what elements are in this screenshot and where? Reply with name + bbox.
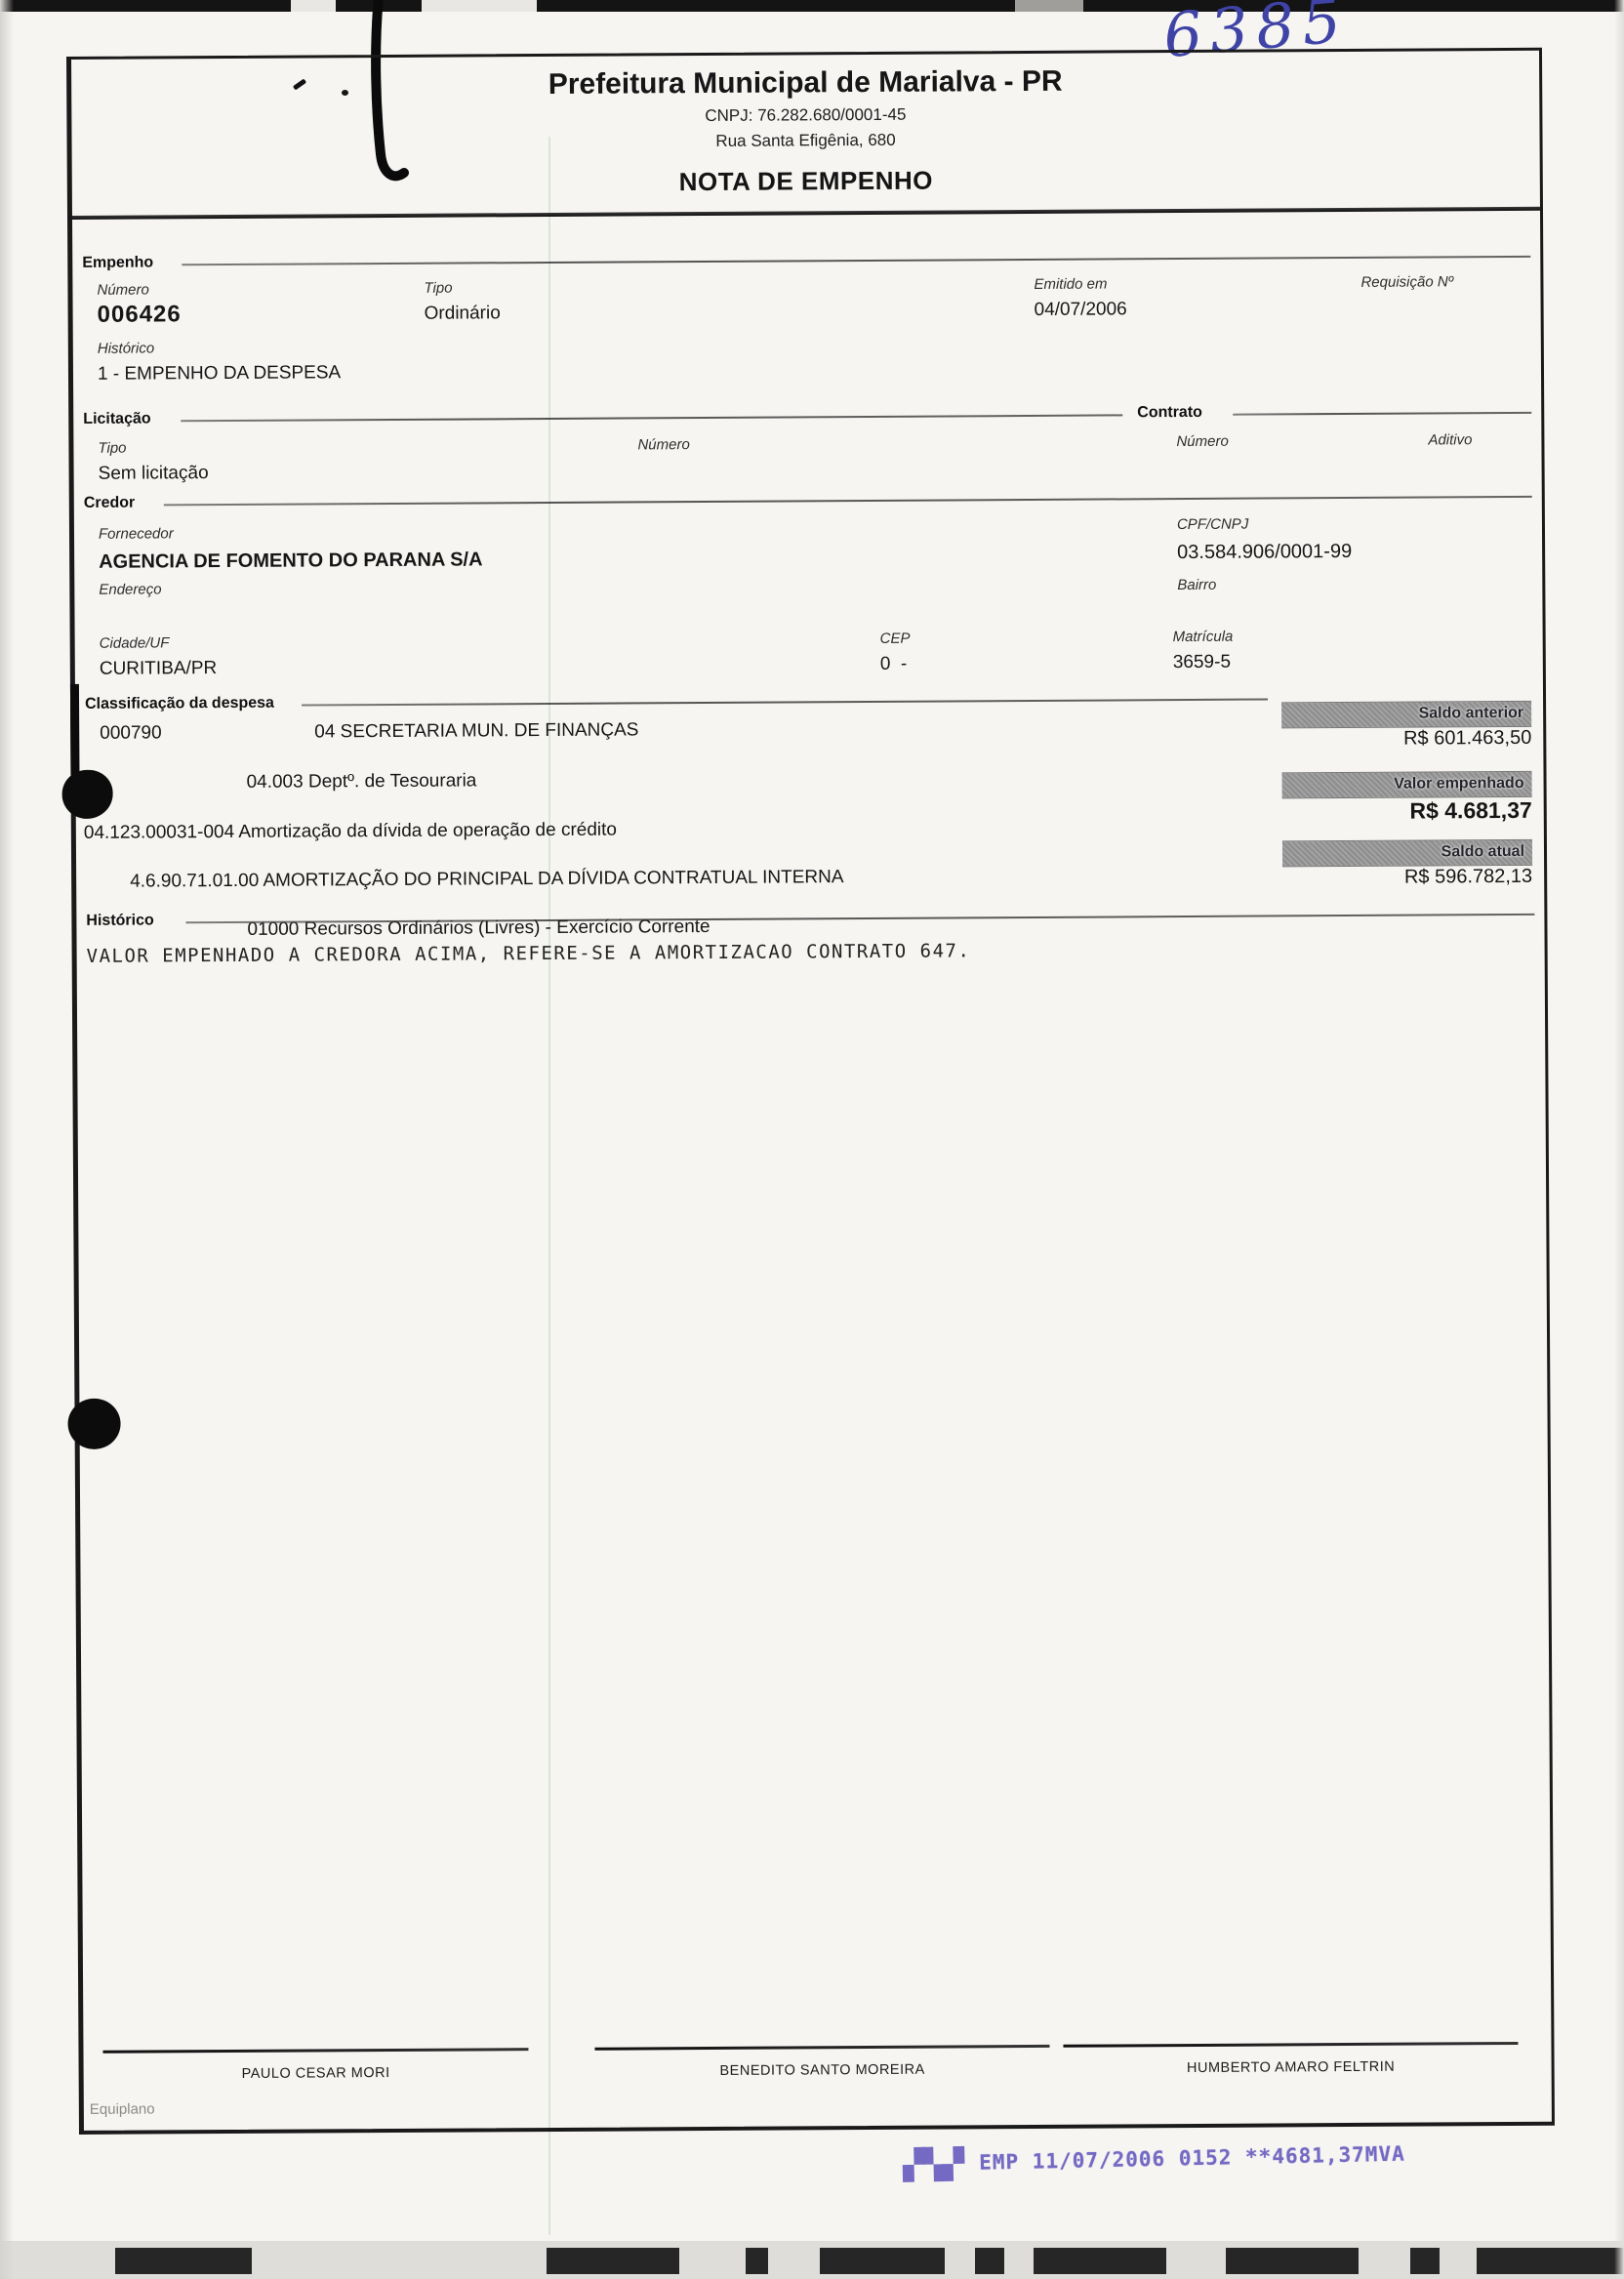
scan-artifact	[1477, 2248, 1624, 2274]
org-cnpj: CNPJ: 76.282.680/0001-45	[71, 102, 1539, 130]
section-line	[302, 698, 1268, 706]
empenho-numero: 006426	[98, 301, 182, 329]
scan-artifact	[115, 2248, 252, 2274]
scanned-nota-de-empenho: 6385 Prefeitura Municipal de Marialva - …	[0, 0, 1624, 2279]
stamp-text: EMP 11/07/2006 0152 **4681,37MVA	[979, 2138, 1405, 2175]
historico-text: VALOR EMPENHADO A CREDORA ACIMA, REFERE-…	[87, 940, 971, 967]
signature-name: PAULO CESAR MORI	[103, 2064, 529, 2083]
cidade-label: Cidade/UF	[100, 634, 170, 651]
scan-artifact	[746, 2248, 768, 2274]
saldo-atual-label: Saldo atual	[1282, 839, 1532, 868]
org-title: Prefeitura Municipal de Marialva - PR	[71, 62, 1539, 104]
numero-label: Número	[97, 281, 148, 298]
empenho-historico: 1 - EMPENHO DA DESPESA	[98, 362, 341, 386]
signature-block-3: HUMBERTO AMARO FELTRIN	[1063, 2042, 1518, 2077]
validation-stamp: ▞▚▞ EMP 11/07/2006 0152 **4681,37MVA	[903, 2138, 1405, 2184]
valor-empenhado-block: Valor empenhado R$ 4.681,37	[1282, 771, 1532, 826]
signature-block-2: BENEDITO SANTO MOREIRA	[594, 2045, 1049, 2080]
section-line	[1233, 412, 1531, 416]
bairro-label: Bairro	[1177, 577, 1216, 593]
scan-artifact	[820, 2248, 945, 2274]
contrato-aditivo-label: Aditivo	[1428, 431, 1472, 448]
fornecedor-label: Fornecedor	[99, 525, 174, 542]
section-line	[181, 414, 1122, 422]
empenho-emitido: 04/07/2006	[1035, 299, 1127, 321]
form-border-box: Prefeitura Municipal de Marialva - PR CN…	[66, 48, 1555, 2135]
valor-empenhado-label: Valor empenhado	[1282, 771, 1532, 799]
licitacao-tipo: Sem licitação	[99, 463, 209, 485]
licitacao-numero-label: Número	[637, 436, 689, 453]
org-address: Rua Santa Efigênia, 680	[71, 127, 1539, 155]
ink-blob	[61, 770, 112, 819]
section-line	[164, 496, 1532, 507]
scan-artifact	[547, 2248, 679, 2274]
cpf-cnpj: 03.584.906/0001-99	[1177, 541, 1352, 564]
requisicao-label: Requisição Nº	[1360, 273, 1453, 291]
scan-left-edge	[0, 0, 14, 2279]
scan-artifact	[1015, 0, 1083, 12]
emitido-label: Emitido em	[1034, 275, 1107, 292]
valor-empenhado-value: R$ 4.681,37	[1282, 797, 1532, 826]
signature-name: BENEDITO SANTO MOREIRA	[595, 2061, 1050, 2080]
cep: 0 -	[880, 654, 908, 675]
scan-artifact	[422, 0, 537, 12]
saldo-anterior-block: Saldo anterior R$ 601.463,50	[1281, 701, 1531, 752]
stamp-logo-icon: ▞▚▞	[903, 2147, 962, 2183]
classificacao-row: 04.003 Deptº. de Tesouraria	[246, 770, 476, 793]
cpf-cnpj-label: CPF/CNPJ	[1177, 516, 1248, 533]
section-historico: Histórico	[86, 912, 153, 929]
document-title: NOTA DE EMPENHO	[72, 162, 1540, 201]
scan-artifact	[1034, 2248, 1166, 2274]
signature-line	[102, 2048, 528, 2054]
section-empenho: Empenho	[82, 254, 153, 271]
tipo-label: Tipo	[424, 280, 452, 297]
signature-name: HUMBERTO AMARO FELTRIN	[1064, 2058, 1519, 2077]
endereco-label: Endereço	[99, 581, 161, 597]
classificacao-row: 4.6.90.71.01.00 AMORTIZAÇÃO DO PRINCIPAL…	[130, 867, 843, 892]
section-credor: Credor	[84, 495, 136, 512]
section-contrato: Contrato	[1137, 404, 1202, 422]
saldo-atual-value: R$ 596.782,13	[1282, 866, 1532, 890]
signature-line	[594, 2045, 1049, 2051]
signature-block-1: PAULO CESAR MORI	[102, 2048, 528, 2083]
contrato-numero-label: Número	[1176, 433, 1228, 450]
ink-dot	[67, 1399, 120, 1449]
cep-label: CEP	[880, 631, 911, 647]
section-licitacao: Licitação	[83, 410, 150, 427]
classificacao-row: 04 SECRETARIA MUN. DE FINANÇAS	[314, 719, 638, 743]
header-separator	[72, 207, 1540, 220]
saldo-atual-block: Saldo atual R$ 596.782,13	[1282, 839, 1532, 890]
fornecedor-name: AGENCIA DE FOMENTO DO PARANA S/A	[99, 549, 482, 573]
saldo-anterior-label: Saldo anterior	[1281, 701, 1531, 729]
scan-artifact	[1226, 2248, 1359, 2274]
scan-top-edge	[0, 0, 1624, 12]
cidade: CURITIBA/PR	[100, 658, 217, 680]
classificacao-row-code: 000790	[100, 722, 162, 744]
historico-label: Histórico	[98, 340, 154, 356]
scan-artifact	[291, 0, 336, 12]
scan-artifact	[975, 2248, 1004, 2274]
signature-line	[1063, 2042, 1518, 2048]
saldo-anterior-value: R$ 601.463,50	[1281, 727, 1531, 752]
matricula-label: Matrícula	[1173, 629, 1234, 645]
vendor-footer: Equiplano	[90, 2100, 155, 2117]
classificacao-row: 04.123.00031-004 Amortização da dívida d…	[84, 820, 617, 844]
matricula: 3659-5	[1173, 652, 1231, 673]
scan-right-edge	[1614, 0, 1624, 2279]
scan-artifact	[1410, 2248, 1440, 2274]
licitacao-tipo-label: Tipo	[98, 440, 126, 457]
section-line	[182, 256, 1530, 265]
empenho-tipo: Ordinário	[425, 303, 501, 324]
section-classificacao: Classificação da despesa	[85, 695, 274, 713]
